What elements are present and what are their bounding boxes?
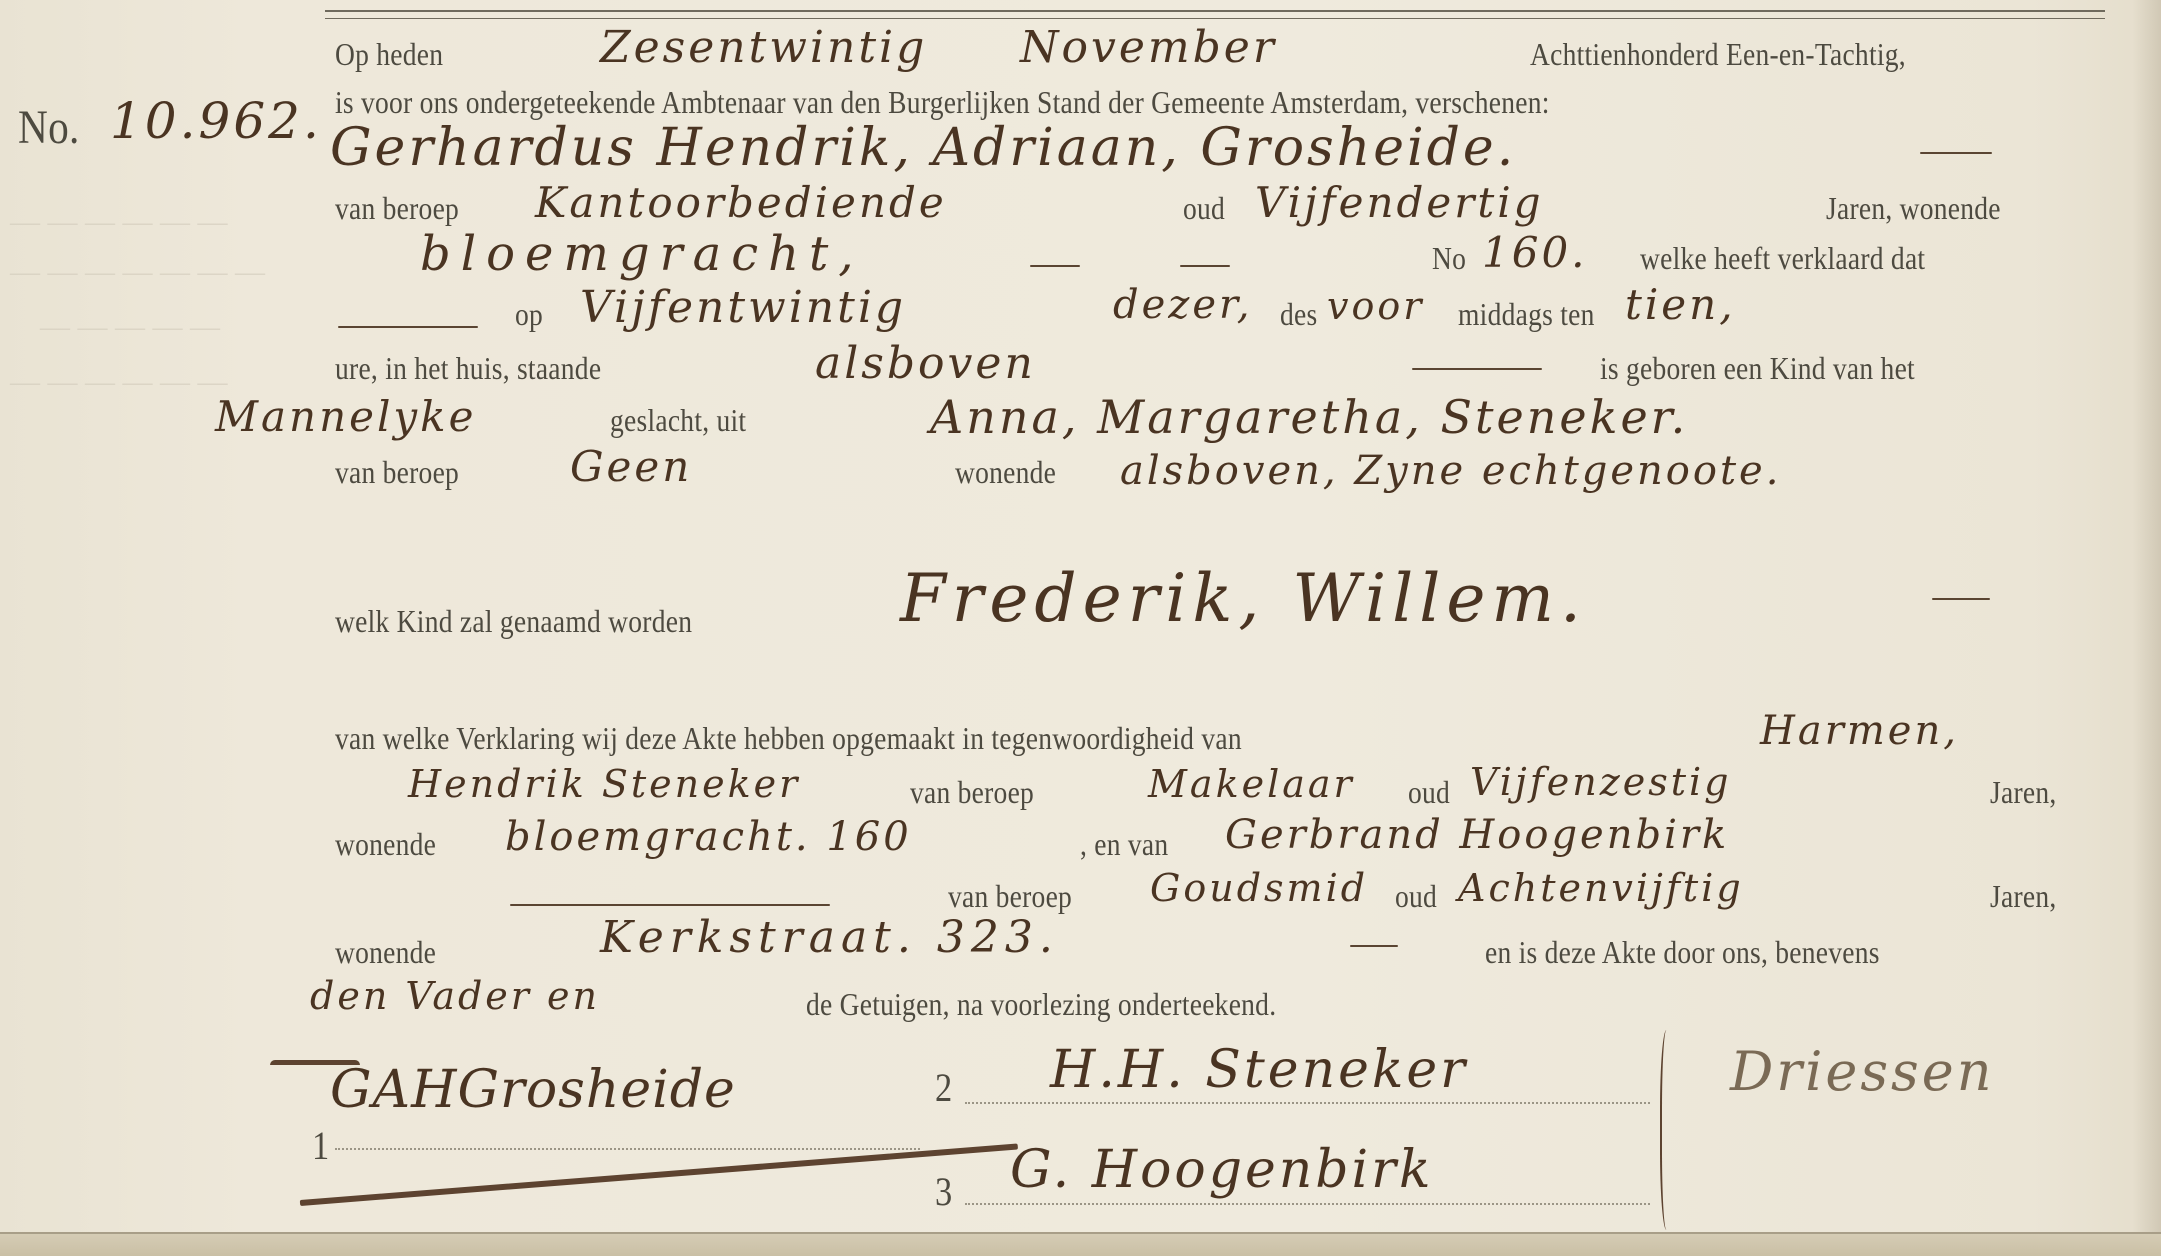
record-number-prefix: No. <box>18 100 80 155</box>
label-en-van: , en van <box>1080 826 1168 863</box>
label-wonende: wonende <box>335 826 436 863</box>
mother-residence: alsboven, Zyne echtgenoote. <box>1120 448 1781 494</box>
page-bottom-edge <box>0 1232 2161 1256</box>
child-sex: Mannelyke <box>215 392 476 441</box>
label-oud: oud <box>1183 190 1225 227</box>
label-van-beroep: van beroep <box>948 878 1072 915</box>
witness1-first-name: Harmen, <box>1760 708 1959 754</box>
fill-dash <box>510 904 830 906</box>
birth-day: Vijfentwintig <box>580 282 906 333</box>
label-number-sign: No <box>1432 240 1466 277</box>
label-jaren: Jaren, <box>1990 774 2057 811</box>
signature-line-2 <box>965 1102 1650 1104</box>
signature-witness2: G. Hoogenbirk <box>1010 1140 1434 1200</box>
signature-number-1: 1 <box>312 1122 329 1169</box>
father-occupation: Kantoorbediende <box>535 178 947 227</box>
signature-official: Driessen <box>1730 1040 1995 1103</box>
signature-flourish <box>270 1060 360 1065</box>
date-month: November <box>1020 22 1277 73</box>
label-geboren: is geboren een Kind van het <box>1600 350 1915 387</box>
fill-dash <box>1030 265 1080 267</box>
label-verklaring: van welke Verklaring wij deze Akte hebbe… <box>335 720 1242 757</box>
register-page: — — — — — — — — — — — — — — — — — — — — … <box>0 0 2161 1256</box>
father-age: Vijfendertig <box>1255 178 1544 227</box>
bleed-through-text: — — — — — — <box>10 365 228 399</box>
label-ure-huis: ure, in het huis, staande <box>335 350 601 387</box>
witness2-age: Achtenvijftig <box>1458 866 1744 910</box>
bleed-through-text: — — — — — — <box>10 205 228 239</box>
time-part: voor <box>1327 284 1424 328</box>
signers-note: den Vader en <box>310 974 600 1018</box>
bleed-through-text: — — — — — <box>40 310 220 344</box>
header-rule-top <box>325 10 2105 12</box>
label-oud: oud <box>1395 878 1437 915</box>
label-intro: is voor ons ondergeteekende Ambtenaar va… <box>335 84 1550 121</box>
witness1-name: Hendrik Steneker <box>408 762 800 806</box>
signature-flourish <box>300 1144 1018 1206</box>
father-house-number: 160. <box>1482 228 1588 277</box>
label-akte-door-ons: en is deze Akte door ons, benevens <box>1485 934 1880 971</box>
label-genaamd: welk Kind zal genaamd worden <box>335 603 692 640</box>
label-year: Achttienhonderd Een-en-Tachtig, <box>1530 36 1906 73</box>
birth-month-ref: dezer, <box>1113 282 1252 328</box>
label-des: des <box>1280 296 1317 333</box>
date-day: Zesentwintig <box>600 22 927 73</box>
record-number: 10.962. <box>110 92 322 150</box>
signature-father: GAHGrosheide <box>330 1060 736 1120</box>
fill-dash <box>1180 265 1230 267</box>
fill-dash <box>338 326 478 328</box>
signature-line-3 <box>965 1203 1650 1205</box>
label-oud: oud <box>1408 774 1450 811</box>
birth-hour: tien, <box>1625 280 1736 329</box>
mother-occupation: Geen <box>570 442 692 491</box>
witness2-occupation: Goudsmid <box>1150 866 1368 910</box>
page-edge-shadow <box>2133 0 2161 1232</box>
label-van-beroep: van beroep <box>335 190 459 227</box>
label-verklaard: welke heeft verklaard dat <box>1640 240 1925 277</box>
label-wonende: wonende <box>955 454 1056 491</box>
father-street: bloemgracht, <box>420 226 864 282</box>
fill-dash <box>1350 945 1398 947</box>
label-jaren-wonende: Jaren, wonende <box>1826 190 2001 227</box>
father-name: Gerhardus Hendrik, Adriaan, Grosheide. <box>330 118 1516 178</box>
header-rule-bottom <box>325 18 2105 19</box>
label-van-beroep: van beroep <box>335 454 459 491</box>
witness2-name: Gerbrand Hoogenbirk <box>1225 812 1729 858</box>
fill-dash <box>1932 598 1990 600</box>
label-jaren: Jaren, <box>1990 878 2057 915</box>
witness1-age: Vijfenzestig <box>1470 760 1732 804</box>
signature-brace <box>1660 1030 1676 1230</box>
label-geslacht-uit: geslacht, uit <box>610 402 746 439</box>
label-op: op <box>515 296 543 333</box>
mother-name: Anna, Margaretha, Steneker. <box>930 390 1688 444</box>
witness2-address: Kerkstraat. 323. <box>600 912 1059 963</box>
witness1-occupation: Makelaar <box>1148 762 1355 806</box>
birth-place: alsboven <box>815 338 1036 389</box>
label-op-heden: Op heden <box>335 36 443 73</box>
fill-dash <box>1412 368 1542 370</box>
signature-witness1: H.H. Steneker <box>1050 1040 1468 1100</box>
label-van-beroep: van beroep <box>910 774 1034 811</box>
child-name: Frederik, Willem. <box>900 560 1587 637</box>
label-middags: middags ten <box>1458 296 1595 333</box>
witness1-address: bloemgracht. 160 <box>505 814 912 860</box>
signature-number-3: 3 <box>935 1168 952 1215</box>
bleed-through-text: — — — — — — — <box>10 255 265 289</box>
label-getuigen: de Getuigen, na voorlezing onderteekend. <box>806 986 1276 1023</box>
label-wonende: wonende <box>335 934 436 971</box>
signature-number-2: 2 <box>935 1064 952 1111</box>
fill-dash <box>1920 152 1992 154</box>
signature-line-1 <box>335 1148 920 1150</box>
